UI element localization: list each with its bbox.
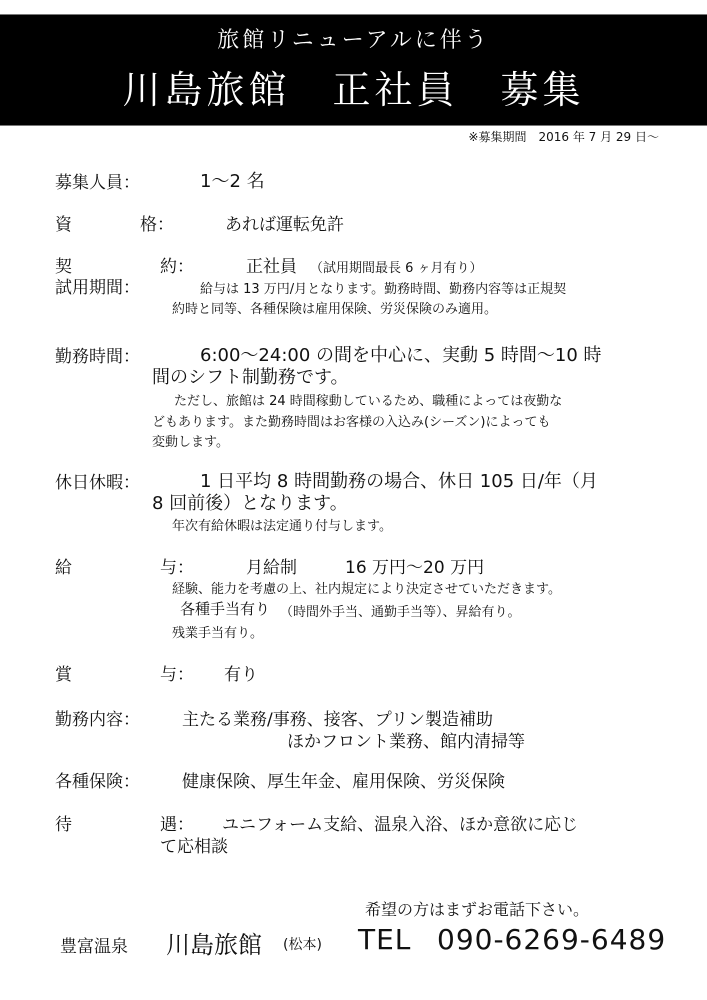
qualification-value: あれば運転免許	[225, 210, 344, 235]
header-banner: 旅館リニューアルに伴う 川島旅館 正社員 募集	[0, 14, 707, 126]
tel-label: TEL	[358, 923, 411, 956]
salary-note1: 経験、能力を考慮の上、社内規定により決定させていただきます。	[172, 578, 561, 597]
holidays-label: 休日休暇：	[55, 468, 140, 493]
bonus-value: 有り	[224, 660, 258, 685]
header-subtitle: 旅館リニューアルに伴う	[0, 23, 707, 54]
salary-type: 月給制	[246, 553, 297, 578]
contact-person: (松本)	[283, 934, 322, 954]
call-note: 希望の方はまずお電話下さい。	[365, 897, 589, 920]
hours-note1: ただし、旅館は 24 時間稼動しているため、職種によっては夜勤な	[174, 390, 562, 409]
insurance-label: 各種保険：	[55, 767, 140, 792]
holidays-note: 年次有給休暇は法定通り付与します。	[172, 515, 392, 534]
hours-line2: 間のシフト制勤務です。	[152, 363, 349, 389]
hours-label: 勤務時間：	[55, 342, 140, 367]
hours-note2: どもあります。また勤務時間はお客様の入込み(シーズン)によっても	[152, 411, 550, 430]
benefits-label-a: 待	[55, 810, 72, 835]
trial-label: 試用期間：	[55, 273, 140, 298]
bonus-label-b: 与：	[160, 660, 194, 685]
benefits-line1: ユニフォーム支給、温泉入浴、ほか意欲に応じ	[222, 810, 578, 835]
qualification-label-b: 格：	[140, 210, 174, 235]
header-title: 川島旅館 正社員 募集	[0, 59, 707, 114]
contract-value: 正社員	[246, 252, 297, 277]
salary-allowance-note: （時間外手当、通勤手当等）、昇給有り。	[280, 601, 521, 620]
contract-label-b: 約：	[160, 252, 194, 277]
hours-note3: 変動します。	[152, 431, 229, 450]
duties-label: 勤務内容：	[55, 705, 140, 730]
salary-allowance: 各種手当有り	[180, 598, 270, 619]
contract-note: （試用期間最長 6 ヶ月有り）	[310, 257, 483, 276]
inn-name: 川島旅館	[166, 925, 262, 960]
recruit-count-value: 1～2 名	[200, 167, 265, 193]
bonus-label-a: 賞	[55, 660, 72, 685]
tel-number[interactable]: 090-6269-6489	[437, 923, 666, 956]
salary-label-b: 与：	[160, 553, 194, 578]
holidays-line2: 8 回前後）となります。	[152, 489, 348, 515]
benefits-line2: て応相談	[160, 832, 228, 857]
salary-range: 16 万円～20 万円	[345, 553, 484, 578]
salary-label-a: 給	[55, 553, 72, 578]
recruit-period: ※募集期間 2016 年 7 月 29 日～	[468, 128, 659, 145]
salary-note3: 残業手当有り。	[172, 622, 263, 641]
duties-line2: ほかフロント業務、館内清掃等	[287, 727, 525, 752]
trial-line2: 約時と同等、各種保険は雇用保険、労災保険のみ適用。	[172, 298, 497, 317]
insurance-value: 健康保険、厚生年金、雇用保険、労災保険	[182, 767, 505, 792]
recruit-count-label: 募集人員：	[55, 168, 140, 193]
qualification-label-a: 資	[55, 210, 72, 235]
area-name: 豊富温泉	[60, 932, 128, 957]
trial-line1: 給与は 13 万円/月となります。勤務時間、勤務内容等は正規契	[200, 278, 566, 297]
